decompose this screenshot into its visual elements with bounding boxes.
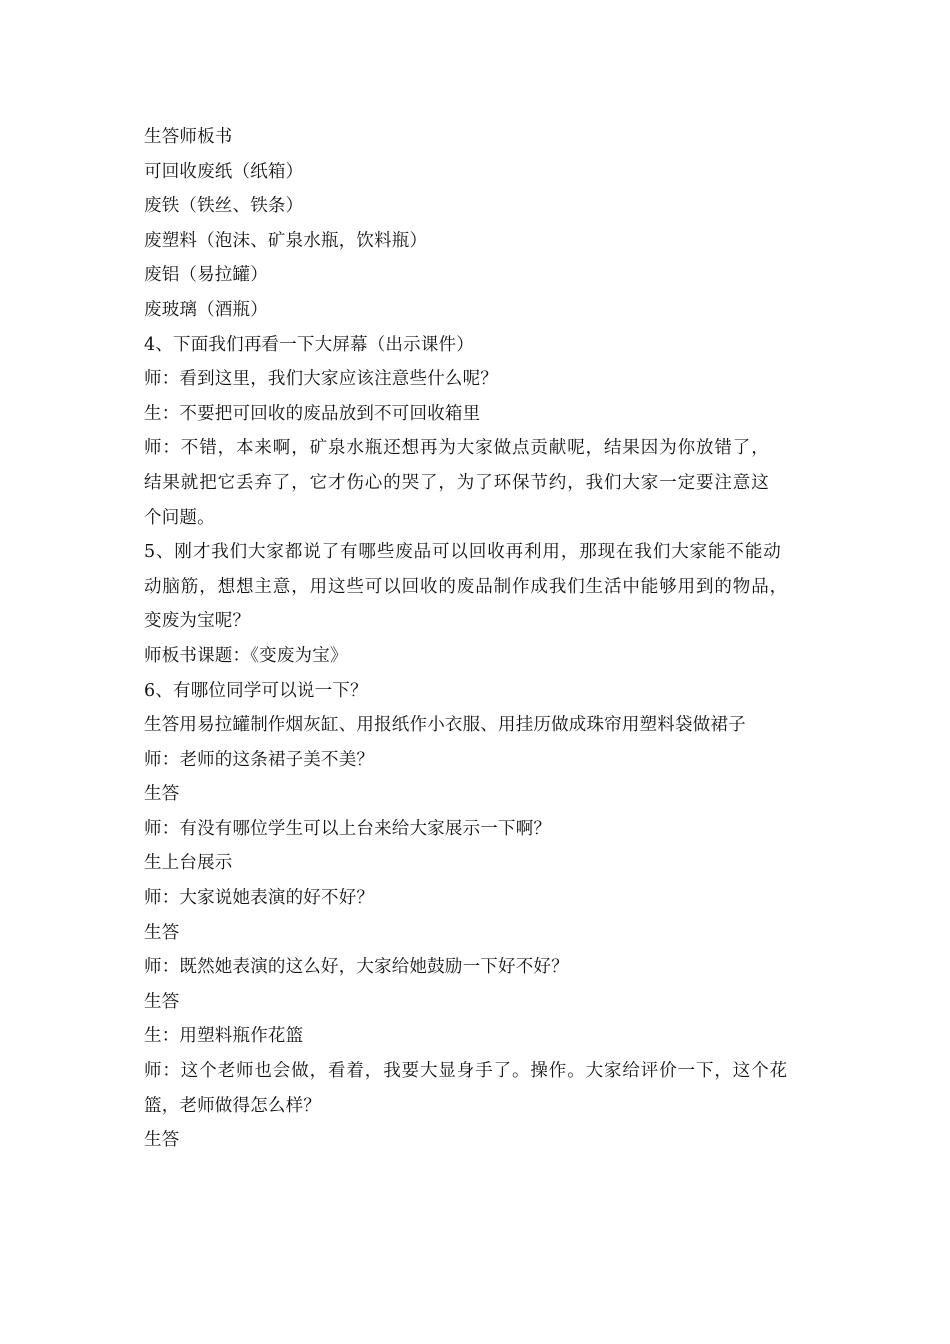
- text-line: 生答: [144, 985, 824, 1020]
- text-line: 生答: [144, 777, 824, 812]
- text-line: 师：老师的这条裙子美不美？: [144, 743, 824, 778]
- text-line: 师：有没有哪位学生可以上台来给大家展示一下啊？: [144, 812, 824, 847]
- text-line: 废铝（易拉罐）: [144, 258, 824, 293]
- text-line: 师：看到这里，我们大家应该注意些什么呢？: [144, 362, 824, 397]
- document-page: 生答师板书 可回收废纸（纸箱） 废铁（铁丝、铁条） 废塑料（泡沫、矿泉水瓶，饮料…: [0, 0, 950, 1344]
- text-line: 生上台展示: [144, 846, 824, 881]
- text-line: 4、下面我们再看一下大屏幕（出示课件）: [144, 328, 824, 363]
- text-line: 废铁（铁丝、铁条）: [144, 189, 824, 224]
- text-line: 个问题。: [144, 501, 824, 536]
- text-line: 生：用塑料瓶作花篮: [144, 1019, 824, 1054]
- text-line: 师：这个老师也会做，看着，我要大显身手了。操作。大家给评价一下，这个花: [144, 1054, 824, 1089]
- text-line: 废塑料（泡沫、矿泉水瓶，饮料瓶）: [144, 224, 824, 259]
- text-line: 生：不要把可回收的废品放到不可回收箱里: [144, 397, 824, 432]
- text-line: 师板书课题：《变废为宝》: [144, 639, 824, 674]
- text-line: 废玻璃（酒瓶）: [144, 293, 824, 328]
- document-body: 生答师板书 可回收废纸（纸箱） 废铁（铁丝、铁条） 废塑料（泡沫、矿泉水瓶，饮料…: [144, 120, 824, 1158]
- text-line: 师：大家说她表演的好不好？: [144, 881, 824, 916]
- text-line: 师：不错，本来啊，矿泉水瓶还想再为大家做点贡献呢，结果因为你放错了，: [144, 431, 824, 466]
- text-line: 变废为宝呢？: [144, 604, 824, 639]
- text-line: 生答用易拉罐制作烟灰缸、用报纸作小衣服、用挂历做成珠帘用塑料袋做裙子: [144, 708, 824, 743]
- text-line: 师：既然她表演的这么好，大家给她鼓励一下好不好？: [144, 950, 824, 985]
- text-line: 结果就把它丢弃了，它才伤心的哭了，为了环保节约，我们大家一定要注意这: [144, 466, 824, 501]
- text-line: 篮，老师做得怎么样？: [144, 1089, 824, 1124]
- text-line: 6、有哪位同学可以说一下？: [144, 674, 824, 709]
- text-line: 生答: [144, 1123, 824, 1158]
- text-line: 可回收废纸（纸箱）: [144, 155, 824, 190]
- text-line: 生答师板书: [144, 120, 824, 155]
- text-line: 5、刚才我们大家都说了有哪些废品可以回收再利用，那现在我们大家能不能动: [144, 535, 824, 570]
- text-line: 动脑筋，想想主意，用这些可以回收的废品制作成我们生活中能够用到的物品，: [144, 570, 824, 605]
- text-line: 生答: [144, 916, 824, 951]
